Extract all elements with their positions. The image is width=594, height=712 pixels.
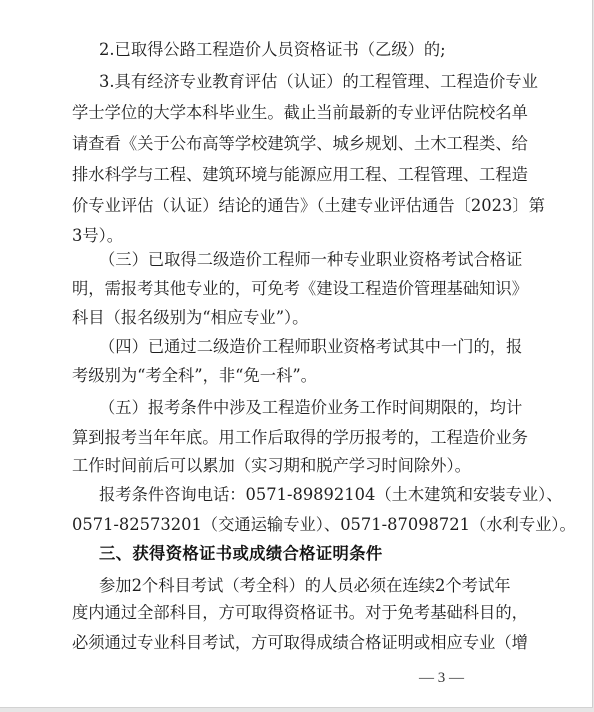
contact-phone-line: 0571-82573201（交通运输专业）、0571-87098721（水利专业… bbox=[72, 510, 464, 540]
paragraph-line-item-3: 3.具有经济专业教育评估（认证）的工程管理、工程造价专业 bbox=[99, 67, 464, 97]
page-number: — 3 — bbox=[414, 665, 464, 691]
paragraph-line: 排水科学与工程、建筑环境与能源应用工程、工程管理、工程造 bbox=[72, 160, 464, 190]
paragraph-line: 工作时间前后可以累加（实习期和脱产学习时间除外）。 bbox=[72, 451, 464, 481]
paragraph-line: 科目（报名级别为“相应专业”）。 bbox=[72, 303, 464, 333]
paragraph-line-section-3: （三）已取得二级造价工程师一种专业职业资格考试合格证 bbox=[99, 245, 464, 275]
paragraph-line: 考级别为“考全科”，非“免一科”。 bbox=[72, 361, 464, 391]
paragraph-line: 度内通过全部科目，方可取得资格证书。对于免考基础科目的， bbox=[72, 598, 464, 628]
paragraph-line: 必须通过专业科目考试，方可取得成绩合格证明或相应专业（增 bbox=[72, 628, 464, 658]
section-heading: 三、获得资格证书或成绩合格证明条件 bbox=[99, 539, 464, 569]
document-page: 2.已取得公路工程造价人员资格证书（乙级）的; 3.具有经济专业教育评估（认证）… bbox=[0, 0, 593, 708]
paragraph-line: 请查看《关于公布高等学校建筑学、城乡规划、土木工程类、给 bbox=[72, 129, 464, 159]
paragraph-line-section-5: （五）报考条件中涉及工程造价业务工作时间期限的，均计 bbox=[99, 393, 464, 423]
contact-phone-line: 报考条件咨询电话：0571-89892104（土木建筑和安装专业）、 bbox=[99, 480, 464, 510]
paragraph-line: 算到报考当年年底。用工作后取得的学历报考的，工程造价业务 bbox=[72, 423, 464, 453]
paragraph-line: 价专业评估（认证）结论的通告》（土建专业评估通告〔2023〕第 bbox=[72, 191, 464, 221]
paragraph-line-item-2: 2.已取得公路工程造价人员资格证书（乙级）的; bbox=[99, 35, 464, 65]
paragraph-line-section-4: （四）已通过二级造价工程师职业资格考试其中一门的，报 bbox=[99, 332, 464, 362]
paragraph-line: 明，需报考其他专业的，可免考《建设工程造价管理基础知识》 bbox=[72, 274, 464, 304]
paragraph-line: 参加2个科目考试（考全科）的人员必须在连续2个考试年 bbox=[99, 571, 464, 601]
paragraph-line: 学士学位的大学本科毕业生。截止当前最新的专业评估院校名单 bbox=[72, 98, 464, 128]
